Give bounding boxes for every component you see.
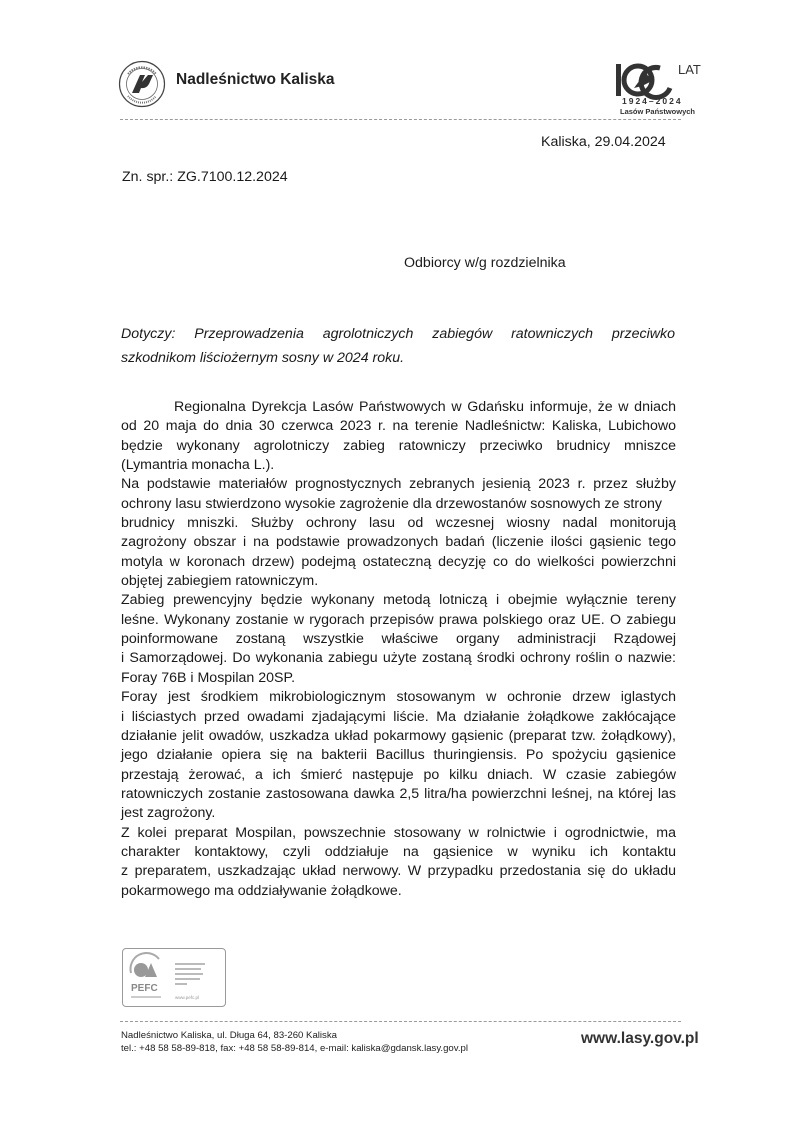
- body-line: objętej zabiegiem ratowniczym.: [121, 572, 676, 591]
- lasy-panstwowe-logo: [118, 60, 166, 108]
- body-line: ochrony lasu stwierdzono wysokie zagroże…: [121, 495, 676, 514]
- letter-date: Kaliska, 29.04.2024: [541, 134, 666, 150]
- body-line: motyla w koronach drzew) podejmą ostatec…: [121, 553, 676, 572]
- body-line: Na podstawie materiałów prognostycznych …: [121, 475, 676, 494]
- svg-text:www.pefc.pl: www.pefc.pl: [175, 995, 199, 1000]
- lasy-panstwowe-emblem-icon: [118, 60, 166, 108]
- recipient: Odbiorcy w/g rozdzielnika: [404, 255, 566, 271]
- footer-address: Nadleśnictwo Kaliska, ul. Długa 64, 83-2…: [121, 1030, 337, 1041]
- svg-text:1924–2024: 1924–2024: [622, 96, 683, 106]
- header-divider: [120, 119, 681, 120]
- body-line: przestają żerować, a ich śmierć następuj…: [121, 766, 676, 785]
- body-line: będzie wykonany agrolotniczy zabieg rato…: [121, 437, 676, 456]
- jubilee-100-icon: LAT 1924–2024 Lasów Państwowych: [612, 58, 712, 116]
- reference-number: Zn. spr.: ZG.7100.12.2024: [122, 169, 288, 185]
- body-line: poinformowane zostaną wszystkie właściwe…: [121, 630, 676, 649]
- svg-text:Lasów Państwowych: Lasów Państwowych: [620, 107, 695, 116]
- footer-divider: [120, 1021, 681, 1022]
- body-line: Foray jest środkiem mikrobiologicznym st…: [121, 688, 676, 707]
- body-line: charakter kontaktowy, czyli oddziałuje n…: [121, 843, 676, 862]
- body-line: jest zagrożony.: [121, 804, 676, 823]
- body-line: Zabieg prewencyjny będzie wykonany metod…: [121, 591, 676, 610]
- jubilee-100-years-logo: LAT 1924–2024 Lasów Państwowych: [612, 58, 712, 116]
- body-line: brudnicy mniszki. Służby ochrony lasu od…: [121, 514, 676, 533]
- letter-body: Regionalna Dyrekcja Lasów Państwowych w …: [121, 398, 676, 901]
- body-line: zagrożony obszar i na podstawie prowadzo…: [121, 533, 676, 552]
- svg-text:PEFC: PEFC: [131, 983, 158, 994]
- pefc-certification-logo: PEFC www.pefc.pl: [122, 948, 226, 1007]
- body-line: (Lymantria monacha L.).: [121, 456, 676, 475]
- footer-website-link[interactable]: www.lasy.gov.pl: [581, 1030, 699, 1048]
- subject-line-1: Dotyczy: Przeprowadzenia agrolotniczych …: [121, 322, 675, 346]
- body-line: Regionalna Dyrekcja Lasów Państwowych w …: [121, 398, 676, 417]
- pefc-icon: PEFC www.pefc.pl: [123, 949, 225, 1006]
- body-line: od 20 maja do dnia 30 czerwca 2023 r. na…: [121, 417, 676, 436]
- subject: Dotyczy: Przeprowadzenia agrolotniczych …: [121, 322, 675, 370]
- organization-name: Nadleśnictwo Kaliska: [176, 71, 335, 89]
- svg-text:LAT: LAT: [678, 62, 701, 77]
- body-line: z preparatem, uszkadzając układ nerwowy.…: [121, 862, 676, 881]
- body-line: leśne. Wykonany zostanie w rygorach prze…: [121, 611, 676, 630]
- footer-contact: tel.: +48 58 58-89-818, fax: +48 58 58-8…: [121, 1043, 468, 1054]
- body-line: Z kolei preparat Mospilan, powszechnie s…: [121, 824, 676, 843]
- body-line: i Samorządowej. Do wykonania zabiegu uży…: [121, 649, 676, 668]
- body-line: jego działanie opiera się na bakterii Ba…: [121, 746, 676, 765]
- body-line: pokarmowego ma oddziaływanie żołądkowe.: [121, 882, 676, 901]
- subject-line-2: szkodnikom liściożernym sosny w 2024 rok…: [121, 350, 404, 366]
- body-line: działanie jelit owadów, uszkadza układ p…: [121, 727, 676, 746]
- body-line: i liściastych przed owadami zjadającymi …: [121, 708, 676, 727]
- body-line: Foray 76B i Mospilan 20SP.: [121, 669, 676, 688]
- body-line: ratowniczych zostanie zastosowana dawka …: [121, 785, 676, 804]
